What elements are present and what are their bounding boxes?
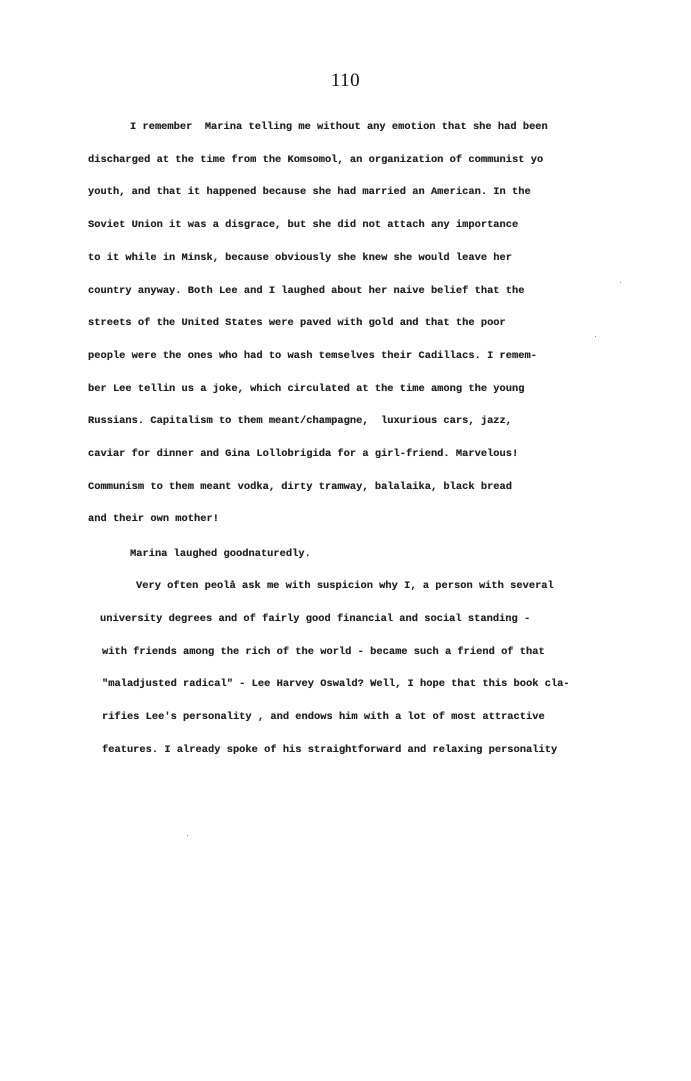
text-line: caviar for dinner and Gina Lollobrigida …	[88, 447, 518, 461]
text-line: Soviet Union it was a disgrace, but she …	[88, 218, 518, 232]
text-line: and their own mother!	[88, 512, 219, 526]
page-number: 110	[0, 70, 691, 92]
text-line: rifies Lee's personality , and endows hi…	[102, 710, 545, 724]
text-line: Communism to them meant vodka, dirty tra…	[88, 480, 512, 494]
text-line: with friends among the rich of the world…	[102, 645, 545, 659]
document-page: 110 I remember Marina telling me without…	[0, 0, 691, 1081]
text-line: Russians. Capitalism to them meant/champ…	[88, 414, 512, 428]
text-line: discharged at the time from the Komsomol…	[88, 153, 543, 167]
paragraph-first-line: Marina laughed goodnaturedly.	[130, 547, 311, 561]
text-line: streets of the United States were paved …	[88, 316, 506, 330]
text-line: country anyway. Both Lee and I laughed a…	[88, 284, 524, 298]
paragraph-first-line: Very often peolå ask me with suspicion w…	[136, 579, 554, 593]
text-line: to it while in Minsk, because obviously …	[88, 251, 512, 265]
text-line: ber Lee tellin us a joke, which circulat…	[88, 382, 524, 396]
text-line: people were the ones who had to wash tem…	[88, 349, 537, 363]
text-line: youth, and that it happened because she …	[88, 185, 531, 199]
scan-speck	[620, 282, 621, 283]
text-line: "maladjusted radical" - Lee Harvey Oswal…	[102, 677, 570, 691]
text-line: university degrees and of fairly good fi…	[100, 612, 530, 626]
scan-speck	[595, 336, 596, 337]
paragraph-first-line: I remember Marina telling me without any…	[130, 120, 548, 134]
text-line: features. I already spoke of his straigh…	[102, 743, 557, 757]
scan-speck	[187, 835, 188, 836]
